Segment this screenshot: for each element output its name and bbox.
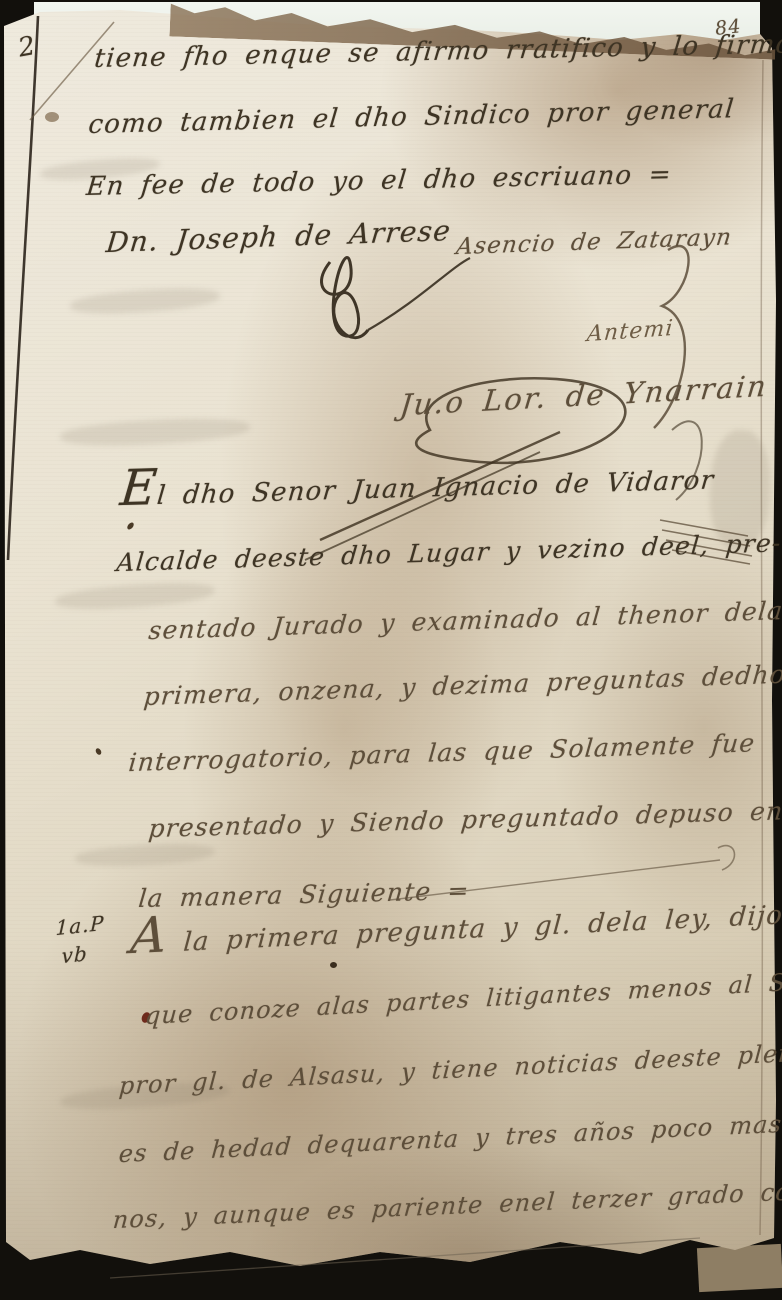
margin-note-abbr2: vb [61,941,88,968]
lower-page-sliver [697,1244,782,1292]
manuscript-scan: { "page": { "folio_number": "84", "corne… [0,0,782,1300]
